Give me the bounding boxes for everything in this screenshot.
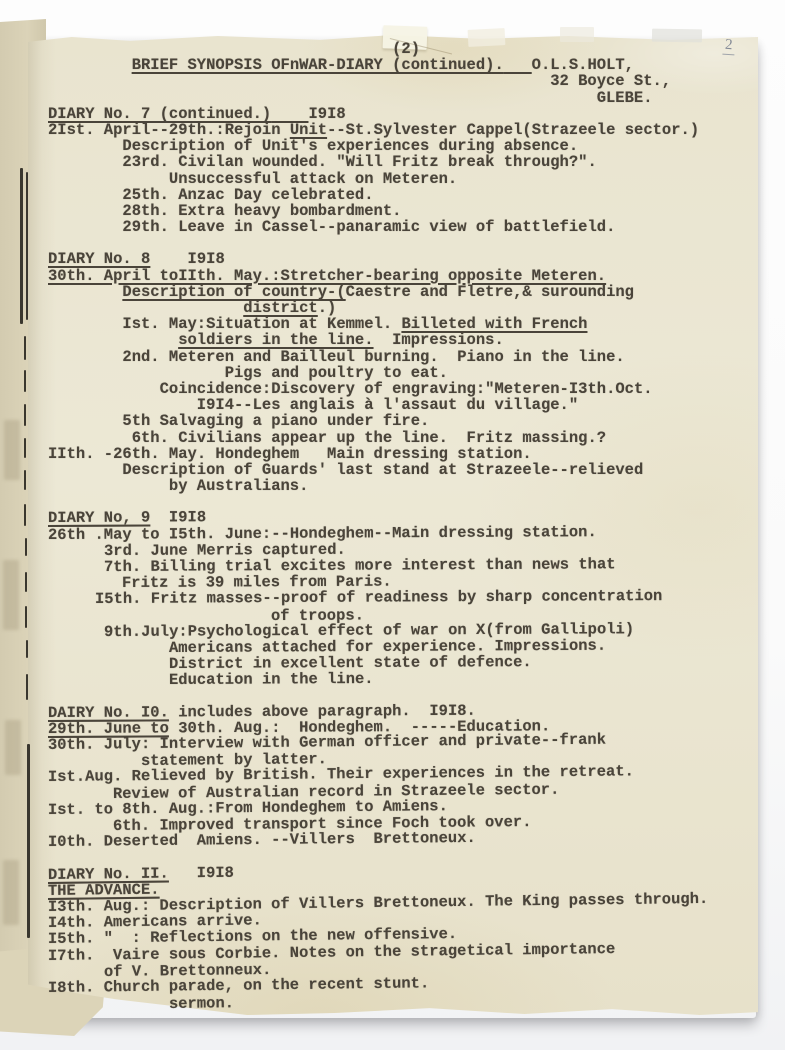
bleed-through-smudge (4, 420, 20, 480)
margin-pen-mark (25, 606, 27, 628)
typed-line: 2nd. Meteren and Bailleul burning. Piano… (122, 349, 754, 365)
typed-text: Caestre and Fletre,& surounding (346, 283, 634, 301)
typed-line: 23rd. Civilan wounded. "Will Fritz break… (122, 154, 754, 170)
typed-line: Coincidence:Discovery of engraving:"Mete… (160, 381, 754, 397)
margin-pen-mark (24, 370, 26, 392)
margin-pen-mark (26, 172, 28, 320)
typed-line: DIARY No. 8 I9I8 (48, 251, 754, 267)
typed-line: GLEBE. (597, 90, 754, 106)
typed-line: 32 Boyce St., (550, 73, 754, 89)
typed-line: Pigs and poultry to eat. (225, 365, 754, 381)
bleed-through-smudge (5, 720, 21, 775)
typed-line: DIARY No. 7 (continued.) I9I8 (48, 106, 754, 122)
typed-line: I9I4--Les anglais à l'assaut du village.… (197, 397, 754, 413)
typed-text: 29th. Leave in Cassel--panaramic view of… (122, 218, 615, 236)
typewritten-lines: (2)BRIEF SYNOPSIS OFnWAR-DIARY (continue… (48, 41, 754, 1012)
typed-text: I5th. Fritz masses--proof of readiness b… (94, 587, 661, 608)
typed-line: I5th. Fritz masses--proof of readiness b… (94, 588, 754, 608)
margin-pen-mark (24, 438, 26, 458)
typed-line: 6th. Civilians appear up the line. Fritz… (132, 430, 754, 446)
typed-line: 29th. Leave in Cassel--panaramic view of… (122, 219, 754, 235)
typed-line: Unsuccessful attack on Meteren. (169, 171, 754, 187)
margin-pen-mark (25, 538, 27, 556)
typed-text: GLEBE. (597, 89, 653, 107)
typed-line: district.) (243, 300, 754, 316)
scan-background: 2 (2)BRIEF SYNOPSIS OFnWAR-DIARY (contin… (0, 0, 785, 1050)
tape-fragment (560, 27, 594, 42)
typed-text: I9I8 (169, 509, 206, 527)
typed-line: BRIEF SYNOPSIS OFnWAR-DIARY (continued).… (132, 57, 754, 73)
typed-line: Description of Guards' last stand at Str… (122, 462, 754, 478)
typed-text (150, 509, 169, 527)
typed-line: 5th Salvaging a piano under fire. (122, 413, 754, 429)
margin-pen-mark (24, 336, 26, 360)
typed-line: IIth. -26th. May. Hondeghem Main dressin… (48, 446, 754, 462)
margin-pen-mark (26, 640, 28, 658)
typed-text: Education in the line. (169, 670, 374, 689)
typed-line: 28th. Extra heavy bombardment. (122, 203, 754, 219)
typed-line: soldiers in the line. Impressions. (178, 332, 754, 348)
typed-line: Ist. May:Situation at Kemmel. Billeted w… (122, 316, 754, 332)
typed-text: sermon. (169, 994, 234, 1013)
margin-pen-mark (24, 504, 26, 526)
margin-pen-mark (25, 572, 27, 592)
typed-line: by Australians. (169, 478, 754, 494)
typed-line: 25th. Anzac Day celebrated. (122, 187, 754, 203)
margin-pen-mark (24, 470, 26, 490)
margin-pen-mark (27, 744, 30, 938)
typed-line: Description of country-(Caestre and Flet… (122, 284, 754, 300)
bleed-through-smudge (3, 560, 19, 630)
typed-text: I9I8 (197, 863, 234, 881)
margin-pen-mark (20, 168, 23, 324)
blank-line (48, 235, 754, 251)
typed-line: 30th. April toIIth. May.:Stretcher-beari… (48, 268, 754, 284)
typed-line: (2) (392, 41, 754, 57)
typed-line: 2Ist. April--29th.:Rejoin Unit--St.Sylve… (48, 122, 754, 138)
typed-text-underlined: BRIEF SYNOPSIS OFnWAR-DIARY (continued). (132, 56, 504, 74)
typed-text: by Australians. (169, 477, 309, 495)
margin-pen-mark (24, 404, 26, 426)
bleed-through-smudge (3, 860, 19, 925)
typed-text-underlined (504, 56, 532, 74)
typed-text (169, 864, 197, 882)
margin-pen-mark (26, 674, 28, 700)
typed-line: Description of Unit's experiences during… (122, 138, 754, 154)
page-number-pencil: 2 (722, 37, 735, 56)
